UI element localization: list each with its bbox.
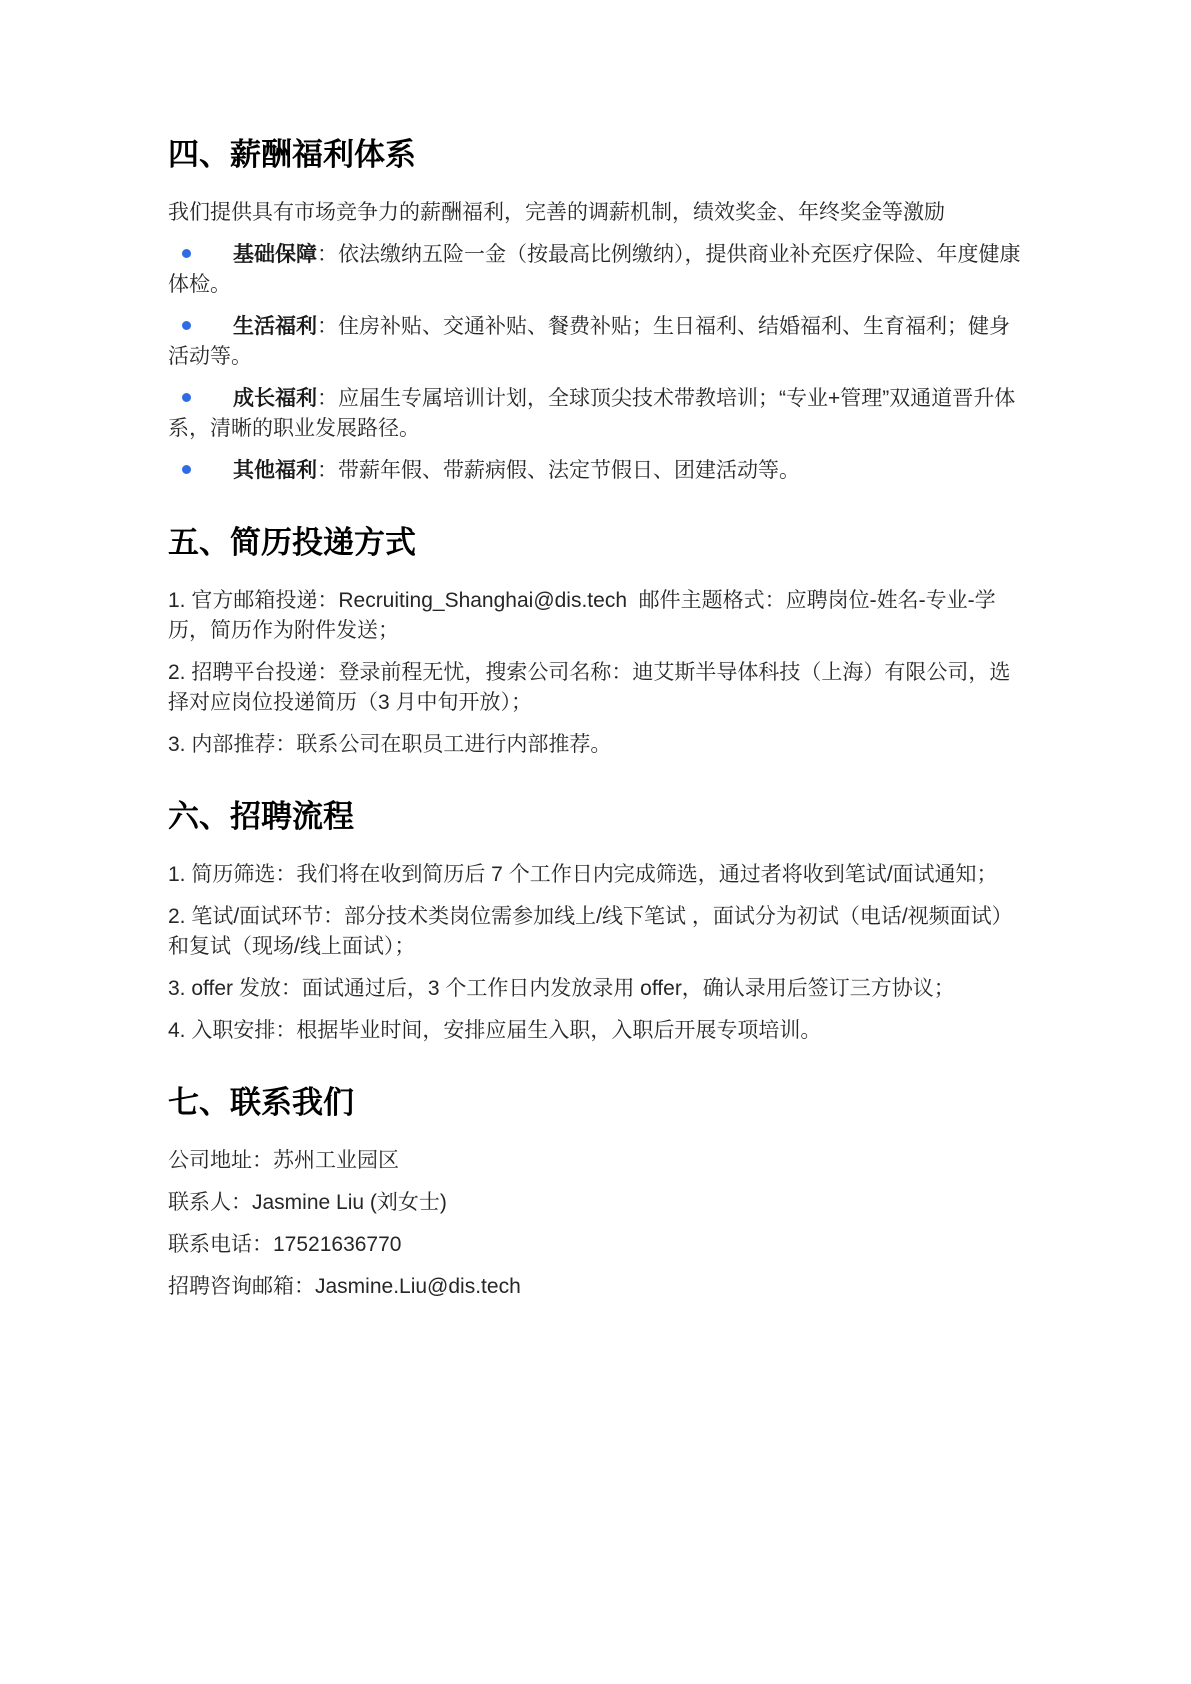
- contact-email: 招聘咨询邮箱：Jasmine.Liu@dis.tech: [168, 1272, 1025, 1302]
- section-title-process: 六、招聘流程: [168, 796, 1025, 838]
- benefit-label: 成长福利: [233, 387, 317, 410]
- process-item-offer: 3. offer 发放：面试通过后，3 个工作日内发放录用 offer，确认录用…: [168, 974, 1025, 1004]
- document-page: 四、薪酬福利体系 我们提供具有市场竞争力的薪酬福利，完善的调薪机制，绩效奖金、年…: [0, 0, 1191, 1684]
- apply-item-email: 1. 官方邮箱投递：Recruiting_Shanghai@dis.tech 邮…: [168, 586, 1025, 646]
- bullet-icon: [182, 321, 191, 330]
- benefits-intro: 我们提供具有市场竞争力的薪酬福利，完善的调薪机制，绩效奖金、年终奖金等激励: [168, 198, 1025, 228]
- benefit-item-other: 其他福利：带薪年假、带薪病假、法定节假日、团建活动等。: [168, 456, 1025, 486]
- apply-item-platform: 2. 招聘平台投递：登录前程无忧，搜索公司名称：迪艾斯半导体科技（上海）有限公司…: [168, 658, 1025, 718]
- process-item-screening: 1. 简历筛选：我们将在收到简历后 7 个工作日内完成筛选，通过者将收到笔试/面…: [168, 860, 1025, 890]
- contact-person: 联系人：Jasmine Liu (刘女士): [168, 1188, 1025, 1218]
- bullet-icon: [182, 465, 191, 474]
- benefit-item-growth: 成长福利：应届生专属培训计划，全球顶尖技术带教培训；“专业+管理”双通道晋升体系…: [168, 384, 1025, 444]
- bullet-icon: [182, 393, 191, 402]
- benefit-item-living: 生活福利：住房补贴、交通补贴、餐费补贴；生日福利、结婚福利、生育福利；健身活动等…: [168, 312, 1025, 372]
- section-title-contact: 七、联系我们: [168, 1082, 1025, 1124]
- process-item-interview: 2. 笔试/面试环节：部分技术类岗位需参加线上/线下笔试 ，面试分为初试（电话/…: [168, 902, 1025, 962]
- contact-phone: 联系电话：17521636770: [168, 1230, 1025, 1260]
- bullet-icon: [182, 249, 191, 258]
- section-title-benefits: 四、薪酬福利体系: [168, 134, 1025, 176]
- apply-item-referral: 3. 内部推荐：联系公司在职员工进行内部推荐。: [168, 730, 1025, 760]
- contact-address: 公司地址：苏州工业园区: [168, 1146, 1025, 1176]
- benefit-text: ：带薪年假、带薪病假、法定节假日、团建活动等。: [317, 459, 800, 482]
- benefit-item-basic: 基础保障：依法缴纳五险一金（按最高比例缴纳），提供商业补充医疗保险、年度健康体检…: [168, 240, 1025, 300]
- benefit-label: 生活福利: [233, 315, 317, 338]
- benefit-label: 基础保障: [233, 243, 317, 266]
- section-title-apply: 五、简历投递方式: [168, 522, 1025, 564]
- process-item-onboarding: 4. 入职安排：根据毕业时间，安排应届生入职，入职后开展专项培训。: [168, 1016, 1025, 1046]
- benefit-label: 其他福利: [233, 459, 317, 482]
